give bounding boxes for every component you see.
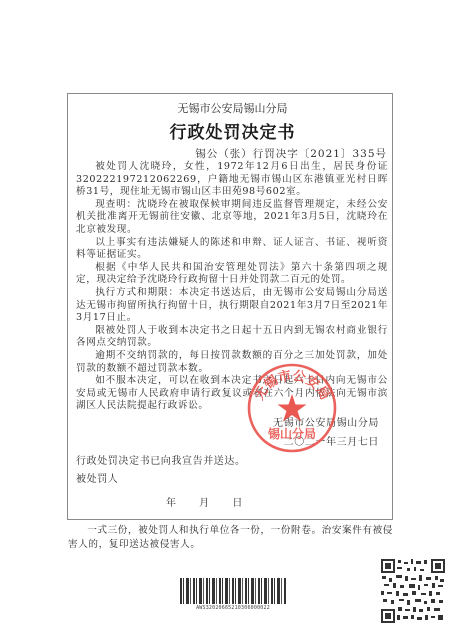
paragraph-payment: 限被处罚人于收到本决定书之日起十五日内到无锡农村商业银行各网点交纳罚款。 bbox=[76, 325, 388, 350]
recipient-label: 被处罚人 bbox=[76, 470, 118, 485]
paragraph-execution: 执行方式和期限：本决定书送达后，由无锡市公安局锡山分局送达无锡市拘留所执行拘留十… bbox=[76, 287, 388, 325]
paragraph-appeal: 如不服本决定，可以在收到本决定书之日起六十日内向无锡市公安局或无锡市人民政府申请… bbox=[76, 375, 388, 413]
paragraph-evidence: 以上事实有违法嫌疑人的陈述和申辩、证人证言、书证、视听资料等证据证实。 bbox=[76, 237, 388, 262]
document-title: 行政处罚决定书 bbox=[0, 118, 465, 143]
paragraph-person-info: 被处罚人沈晓玲，女性，1972年12月6日出生，居民身份证32022219721… bbox=[76, 161, 388, 199]
barcode-number: AWS32020665210306000022 bbox=[180, 605, 286, 611]
document-number: 锡公（张）行罚决字〔2021〕335号 bbox=[195, 146, 387, 161]
footer-note-text: 一式三份，被处罚人和执行单位各一份，一份附卷。治安案件有被侵害人的，复印送达被侵… bbox=[68, 524, 398, 552]
qr-code-icon bbox=[380, 558, 446, 624]
document-body: 被处罚人沈晓玲，女性，1972年12月6日出生，居民身份证32022219721… bbox=[76, 161, 388, 413]
barcode: AWS32020665210306000022 bbox=[180, 578, 286, 614]
issuing-organization: 无锡市公安局锡山分局 bbox=[0, 100, 465, 116]
svg-text:锡山分局: 锡山分局 bbox=[268, 426, 316, 441]
paragraph-facts: 现查明：沈晓玲在被取保候审期间违反监督管理规定，未经公安机关批准离开无锡前往安徽… bbox=[76, 199, 388, 237]
acknowledgement-text: 行政处罚决定书已向我宣告并送达。 bbox=[76, 452, 246, 467]
paragraph-late-fee: 逾期不交纳罚款的，每日按罚款数额的百分之三加处罚款，加处罚款的数额不超过罚款本数… bbox=[76, 350, 388, 375]
recipient-date-blank: 年 月 日 bbox=[166, 494, 252, 509]
paragraph-legal-basis: 根据《中华人民共和国治安管理处罚法》第六十条第四项之规定，现决定给予沈晓玲行政拘… bbox=[76, 262, 388, 287]
footer-note: 一式三份，被处罚人和执行单位各一份，一份附卷。治安案件有被侵害人的，复印送达被侵… bbox=[68, 524, 398, 552]
barcode-bars bbox=[180, 578, 286, 604]
official-seal-icon: 无锡市公安局 锡山分局 bbox=[246, 362, 338, 454]
